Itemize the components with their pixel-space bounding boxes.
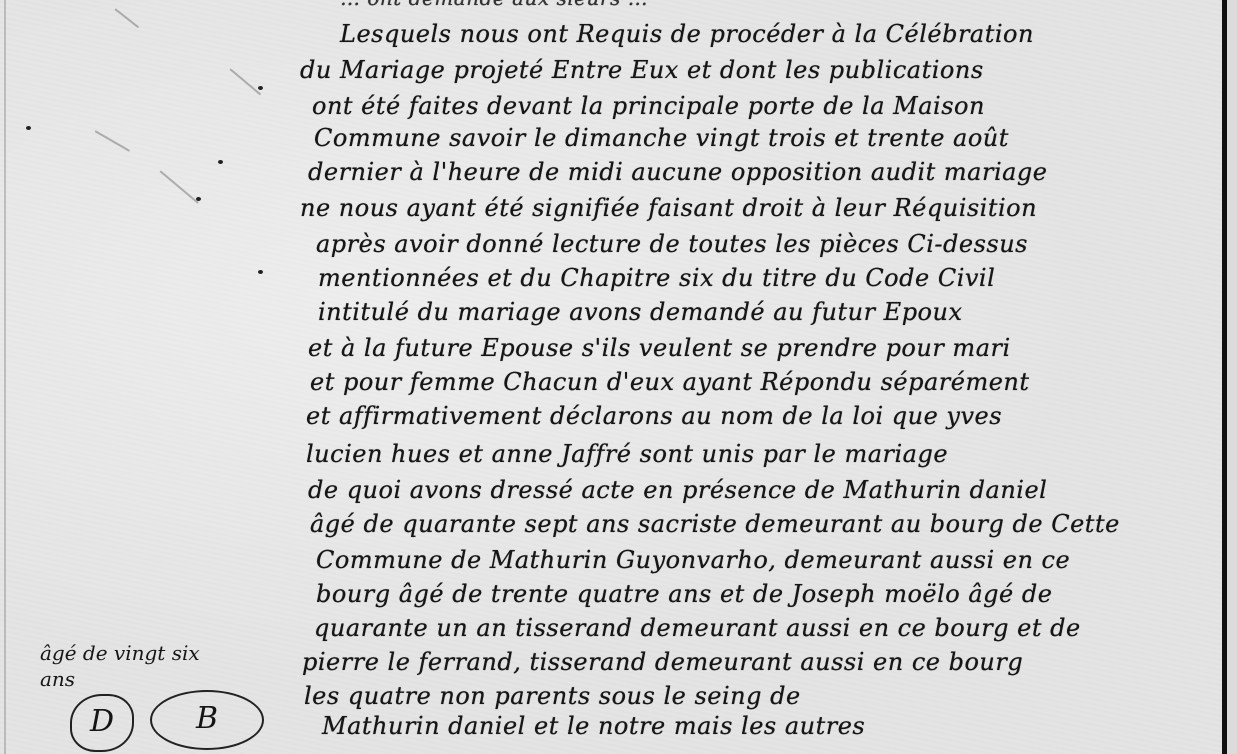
margin-note-line: âgé de vingt six [40,640,280,666]
ink-spot [258,270,263,274]
initial-b-paraph: B [150,690,264,750]
text-line: Commune de Mathurin Guyonvarho, demeuran… [316,546,1070,574]
text-line: Mathurin daniel et le notre mais les aut… [322,712,865,740]
margin-note-line: ans [40,666,280,692]
text-line: âgé de quarante sept ans sacriste demeur… [310,510,1120,538]
text-line: intitulé du mariage avons demandé au fut… [318,298,963,326]
bleed-stroke [159,170,199,204]
bleed-stroke [95,130,131,152]
initial-d-paraph: D [70,694,134,752]
ink-spot [258,86,263,90]
text-line: du Mariage projeté Entre Eux et dont les… [300,56,984,84]
page-edge-strip [1227,0,1237,754]
text-line: Commune savoir le dimanche vingt trois e… [314,124,1009,152]
text-line: et à la future Epouse s'ils veulent se p… [308,334,1011,362]
text-line: et pour femme Chacun d'eux ayant Répondu… [310,368,1030,396]
text-line: lucien hues et anne Jaffré sont unis par… [306,440,948,468]
text-line: et affirmativement déclarons au nom de l… [306,402,1002,430]
bleed-stroke [229,68,261,95]
text-line: … ont demandé aux sieurs … [340,0,648,10]
ink-spot [196,197,201,201]
text-line: dernier à l'heure de midi aucune opposit… [308,158,1048,186]
page-left-rule [4,0,6,754]
bleed-stroke [114,8,139,28]
ink-spot [26,126,31,130]
text-line: pierre le ferrand, tisserand demeurant a… [302,648,1023,676]
paraph-initials: D B [30,690,270,754]
text-line: ne nous ayant été signifiée faisant droi… [300,194,1037,222]
margin-note: âgé de vingt six ans [40,640,280,692]
document-page: … ont demandé aux sieurs … Lesquels nous… [0,0,1237,754]
text-line: les quatre non parents sous le seing de [304,682,801,710]
text-line: quarante un an tisserand demeurant aussi… [314,614,1081,642]
text-line: bourg âgé de trente quatre ans et de Jos… [316,580,1052,608]
text-line: Lesquels nous ont Requis de procéder à l… [340,20,1034,48]
text-line: ont été faites devant la principale port… [312,92,985,120]
text-line: mentionnées et du Chapitre six du titre … [318,264,995,292]
text-line: de quoi avons dressé acte en présence de… [308,476,1047,504]
ink-spot [218,160,223,164]
text-line: après avoir donné lecture de toutes les … [316,230,1028,258]
